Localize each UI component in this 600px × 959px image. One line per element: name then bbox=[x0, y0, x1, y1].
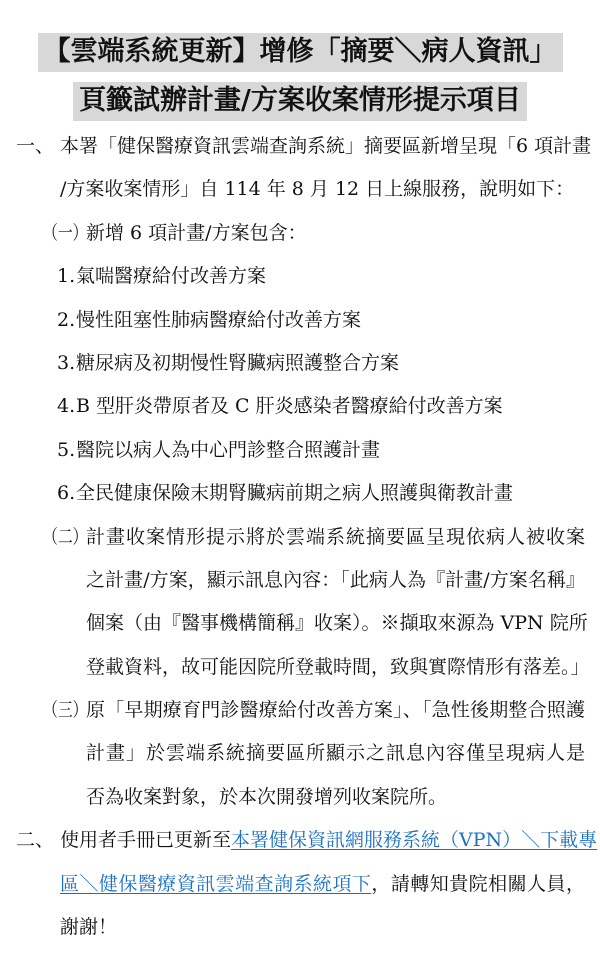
subsection-3-line-2: 計畫」於雲端系統摘要區所顯示之訊息內容僅呈現病人是 bbox=[86, 732, 585, 775]
section-2-line-1: 使用者手冊已更新至本署健保資訊網服務系統（VPN）＼下載專 bbox=[60, 819, 585, 862]
plan-item-5-name: 醫院以病人為中心門診整合照護計畫 bbox=[76, 429, 585, 472]
section-1-marker: 一、 bbox=[16, 125, 54, 168]
plan-item-2-name: 慢性阻塞性肺病醫療給付改善方案 bbox=[76, 299, 585, 342]
notify-staff-text: ，請轉知貴院相關人員， bbox=[371, 873, 585, 895]
plan-item-4-name: B 型肝炎帶原者及 C 肝炎感染者醫療給付改善方案 bbox=[76, 385, 585, 428]
subsection-1-marker: （一） bbox=[43, 212, 87, 255]
section-2-line-2: 區＼健保醫療資訊雲端查詢系統項下，請轉知貴院相關人員， bbox=[60, 863, 585, 906]
title-line-2: 頁籤試辦計畫/方案收案情形提示項目 bbox=[73, 82, 527, 121]
subsection-3-line-3: 否為收案對象，於本次開發增列收案院所。 bbox=[86, 776, 585, 819]
subsection-1: （一） 新增 6 項計畫/方案包含： bbox=[0, 212, 585, 255]
section-1-line-2: /方案收案情形」自 114 年 8 月 12 日上線服務，說明如下： bbox=[60, 168, 585, 211]
plan-item-2-number: 2. bbox=[57, 299, 75, 342]
section-1-line-1: 本署「健保醫療資訊雲端查詢系統」摘要區新增呈現「6 項計畫 bbox=[60, 125, 585, 168]
plan-item-3: 3. 糖尿病及初期慢性腎臟病照護整合方案 bbox=[0, 342, 585, 385]
plan-item-3-name: 糖尿病及初期慢性腎臟病照護整合方案 bbox=[76, 342, 585, 385]
title-row-1: 【雲端系統更新】增修「摘要＼病人資訊」 bbox=[0, 27, 600, 76]
plan-item-1-number: 1. bbox=[57, 255, 75, 298]
subsection-2-line-1: 計畫收案情形提示將於雲端系統摘要區呈現依病人被收案 bbox=[86, 516, 585, 559]
manual-update-text: 使用者手冊已更新至 bbox=[60, 829, 231, 851]
subsection-2-line-3: 個案（由『醫事機構簡稱』收案）。※擷取來源為 VPN 院所 bbox=[86, 602, 585, 645]
document-title: 【雲端系統更新】增修「摘要＼病人資訊」 頁籤試辦計畫/方案收案情形提示項目 bbox=[0, 0, 600, 125]
title-row-2: 頁籤試辦計畫/方案收案情形提示項目 bbox=[0, 76, 600, 125]
section-1: 一、 本署「健保醫療資訊雲端查詢系統」摘要區新增呈現「6 項計畫 /方案收案情形… bbox=[0, 125, 585, 212]
plan-item-6: 6. 全民健康保險末期腎臟病前期之病人照護與衛教計畫 bbox=[0, 472, 585, 515]
subsection-2-line-4: 登載資料，故可能因院所登載時間，致與實際情形有落差。」 bbox=[86, 646, 585, 689]
plan-item-5: 5. 醫院以病人為中心門診整合照護計畫 bbox=[0, 429, 585, 472]
section-2-line-3: 謝謝！ bbox=[60, 906, 585, 949]
plan-item-5-number: 5. bbox=[57, 429, 75, 472]
section-2-marker: 二、 bbox=[16, 819, 54, 862]
section-2: 二、 使用者手冊已更新至本署健保資訊網服務系統（VPN）＼下載專 區＼健保醫療資… bbox=[0, 819, 585, 949]
notice-document: 【雲端系統更新】增修「摘要＼病人資訊」 頁籤試辦計畫/方案收案情形提示項目 一、… bbox=[0, 0, 600, 959]
plan-item-3-number: 3. bbox=[57, 342, 75, 385]
vpn-download-link-part2[interactable]: 區＼健保醫療資訊雲端查詢系統項下 bbox=[60, 873, 371, 895]
vpn-download-link-part1[interactable]: 本署健保資訊網服務系統（VPN）＼下載專 bbox=[231, 829, 597, 851]
subsection-3: （三） 原「早期療育門診醫療給付改善方案」、「急性後期整合照護 計畫」於雲端系統… bbox=[0, 689, 585, 819]
document-body: 一、 本署「健保醫療資訊雲端查詢系統」摘要區新增呈現「6 項計畫 /方案收案情形… bbox=[0, 125, 600, 949]
subsection-3-line-1: 原「早期療育門診醫療給付改善方案」、「急性後期整合照護 bbox=[86, 689, 585, 732]
plan-item-4: 4. B 型肝炎帶原者及 C 肝炎感染者醫療給付改善方案 bbox=[0, 385, 585, 428]
subsection-2-marker: （二） bbox=[43, 516, 87, 559]
subsection-2: （二） 計畫收案情形提示將於雲端系統摘要區呈現依病人被收案 之計畫/方案，顯示訊… bbox=[0, 516, 585, 690]
plan-item-6-name: 全民健康保險末期腎臟病前期之病人照護與衛教計畫 bbox=[76, 472, 585, 515]
subsection-3-marker: （三） bbox=[43, 689, 87, 732]
plan-item-1: 1. 氣喘醫療給付改善方案 bbox=[0, 255, 585, 298]
title-line-1: 【雲端系統更新】增修「摘要＼病人資訊」 bbox=[38, 33, 563, 72]
plan-item-4-number: 4. bbox=[57, 385, 75, 428]
subsection-1-line-1: 新增 6 項計畫/方案包含： bbox=[86, 212, 585, 255]
plan-item-1-name: 氣喘醫療給付改善方案 bbox=[76, 255, 585, 298]
plan-item-2: 2. 慢性阻塞性肺病醫療給付改善方案 bbox=[0, 299, 585, 342]
subsection-2-line-2: 之計畫/方案，顯示訊息內容：「此病人為『計畫/方案名稱』 bbox=[86, 559, 585, 602]
plan-item-6-number: 6. bbox=[57, 472, 75, 515]
